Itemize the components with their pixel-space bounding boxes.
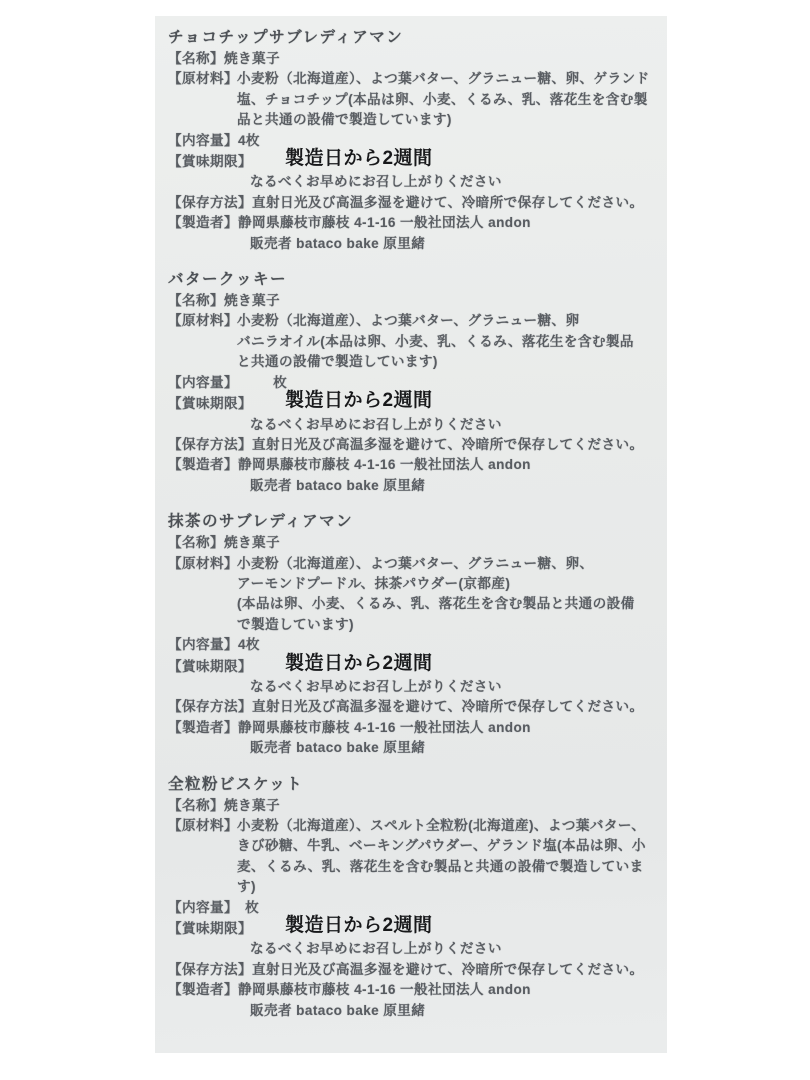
ingredients-lines: 小麦粉（北海道産）、よつ葉バター、グラニュー糖、卵、ゲランド 塩、チョコチップ(… xyxy=(237,69,655,130)
expiry-label: 【賞味期限】 xyxy=(168,919,252,939)
name-row: 【名称】焼き菓子 xyxy=(168,533,655,553)
ingredients-label: 【原材料】 xyxy=(168,554,237,574)
ingredients-label: 【原材料】 xyxy=(168,311,237,331)
expiry-row: 【賞味期限】 製造日から2週間 xyxy=(168,151,655,172)
ingredient-line: と共通の設備で製造しています) xyxy=(237,352,655,372)
storage-row: 【保存方法】直射日光及び高温多湿を避けて、冷暗所で保存してください。 xyxy=(168,435,655,455)
ingredients-row: 【原材料】 小麦粉（北海道産）、よつ葉バター、グラニュー糖、卵、 アーモンドプー… xyxy=(168,554,655,636)
expiry-note-row: なるべくお早めにお召し上がりください xyxy=(168,172,655,192)
maker-row: 【製造者】静岡県藤枝市藤枝 4-1-16 一般社団法人 andon xyxy=(168,718,655,738)
ingredient-line: 麦、くるみ、乳、落花生を含む製品と共通の設備で製造していま xyxy=(237,857,655,877)
ingredients-row: 【原材料】 小麦粉（北海道産）、スペルト全粒粉(北海道産)、よつ葉バター、 きび… xyxy=(168,816,655,898)
ingredients-row: 【原材料】 小麦粉（北海道産）、よつ葉バター、グラニュー糖、卵 バニラオイル(本… xyxy=(168,311,655,372)
expiry-overlay-text: 製造日から2週間 xyxy=(285,391,433,411)
ingredient-line: 小麦粉（北海道産）、よつ葉バター、グラニュー糖、卵、 xyxy=(237,554,655,574)
expiry-label: 【賞味期限】 xyxy=(168,152,252,172)
seller-row: 販売者 bataco bake 原里緒 xyxy=(168,738,655,758)
ingredients-label: 【原材料】 xyxy=(168,69,237,89)
ingredients-label: 【原材料】 xyxy=(168,816,237,836)
expiry-overlay-text: 製造日から2週間 xyxy=(285,654,433,674)
expiry-note-row: なるべくお早めにお召し上がりください xyxy=(168,677,655,697)
seller-row: 販売者 bataco bake 原里緒 xyxy=(168,1001,655,1021)
expiry-row: 【賞味期限】 製造日から2週間 xyxy=(168,656,655,677)
expiry-note-row: なるべくお早めにお召し上がりください xyxy=(168,415,655,435)
expiry-row: 【賞味期限】 製造日から2週間 xyxy=(168,918,655,939)
ingredients-row: 【原材料】 小麦粉（北海道産）、よつ葉バター、グラニュー糖、卵、ゲランド 塩、チ… xyxy=(168,69,655,130)
expiry-note-row: なるべくお早めにお召し上がりください xyxy=(168,939,655,959)
ingredient-line: 小麦粉（北海道産）、よつ葉バター、グラニュー糖、卵、ゲランド xyxy=(237,69,655,89)
ingredient-line: す) xyxy=(237,877,655,897)
ingredient-line: 小麦粉（北海道産）、よつ葉バター、グラニュー糖、卵 xyxy=(237,311,655,331)
product-section-wholewheat-biscuit: 全粒粉ビスケット 【名称】焼き菓子 【原材料】 小麦粉（北海道産）、スペルト全粒… xyxy=(168,774,655,1021)
product-title: チョコチップサブレディアマン xyxy=(168,27,655,48)
ingredient-line: 塩、チョコチップ(本品は卵、小麦、くるみ、乳、落花生を含む製 xyxy=(237,90,655,110)
page: チョコチップサブレディアマン 【名称】焼き菓子 【原材料】 小麦粉（北海道産）、… xyxy=(0,0,810,1080)
expiry-overlay-text: 製造日から2週間 xyxy=(285,916,433,936)
product-title: 抹茶のサブレディアマン xyxy=(168,511,655,532)
seller-row: 販売者 bataco bake 原里緒 xyxy=(168,234,655,254)
ingredient-line: きび砂糖、牛乳、ベーキングパウダー、ゲランド塩(本品は卵、小 xyxy=(237,836,655,856)
ingredients-lines: 小麦粉（北海道産）、よつ葉バター、グラニュー糖、卵 バニラオイル(本品は卵、小麦… xyxy=(237,311,655,372)
maker-row: 【製造者】静岡県藤枝市藤枝 4-1-16 一般社団法人 andon xyxy=(168,213,655,233)
product-title: 全粒粉ビスケット xyxy=(168,774,655,795)
ingredient-line: バニラオイル(本品は卵、小麦、乳、くるみ、落花生を含む製品 xyxy=(237,332,655,352)
expiry-label: 【賞味期限】 xyxy=(168,657,252,677)
ingredient-line: (本品は卵、小麦、くるみ、乳、落花生を含む製品と共通の設備 xyxy=(237,594,655,614)
product-section-butter-cookie: バタークッキー 【名称】焼き菓子 【原材料】 小麦粉（北海道産）、よつ葉バター、… xyxy=(168,269,655,496)
document-photo: チョコチップサブレディアマン 【名称】焼き菓子 【原材料】 小麦粉（北海道産）、… xyxy=(155,16,667,1053)
storage-row: 【保存方法】直射日光及び高温多湿を避けて、冷暗所で保存してください。 xyxy=(168,960,655,980)
storage-row: 【保存方法】直射日光及び高温多湿を避けて、冷暗所で保存してください。 xyxy=(168,193,655,213)
expiry-overlay-text: 製造日から2週間 xyxy=(285,149,433,169)
storage-row: 【保存方法】直射日光及び高温多湿を避けて、冷暗所で保存してください。 xyxy=(168,697,655,717)
expiry-row: 【賞味期限】 製造日から2週間 xyxy=(168,393,655,414)
ingredient-line: 小麦粉（北海道産）、スペルト全粒粉(北海道産)、よつ葉バター、 xyxy=(237,816,655,836)
name-row: 【名称】焼き菓子 xyxy=(168,49,655,69)
product-section-matcha-sable: 抹茶のサブレディアマン 【名称】焼き菓子 【原材料】 小麦粉（北海道産）、よつ葉… xyxy=(168,511,655,758)
ingredients-lines: 小麦粉（北海道産）、スペルト全粒粉(北海道産)、よつ葉バター、 きび砂糖、牛乳、… xyxy=(237,816,655,898)
ingredient-line: で製造しています) xyxy=(237,615,655,635)
ingredient-line: 品と共通の設備で製造しています) xyxy=(237,110,655,130)
product-section-choco-chip-sable: チョコチップサブレディアマン 【名称】焼き菓子 【原材料】 小麦粉（北海道産）、… xyxy=(168,27,655,254)
ingredient-line: アーモンドプードル、抹茶パウダー(京都産) xyxy=(237,574,655,594)
name-row: 【名称】焼き菓子 xyxy=(168,796,655,816)
expiry-label: 【賞味期限】 xyxy=(168,394,252,414)
maker-row: 【製造者】静岡県藤枝市藤枝 4-1-16 一般社団法人 andon xyxy=(168,980,655,1000)
maker-row: 【製造者】静岡県藤枝市藤枝 4-1-16 一般社団法人 andon xyxy=(168,455,655,475)
ingredients-lines: 小麦粉（北海道産）、よつ葉バター、グラニュー糖、卵、 アーモンドプードル、抹茶パ… xyxy=(237,554,655,636)
name-row: 【名称】焼き菓子 xyxy=(168,291,655,311)
seller-row: 販売者 bataco bake 原里緒 xyxy=(168,476,655,496)
product-title: バタークッキー xyxy=(168,269,655,290)
